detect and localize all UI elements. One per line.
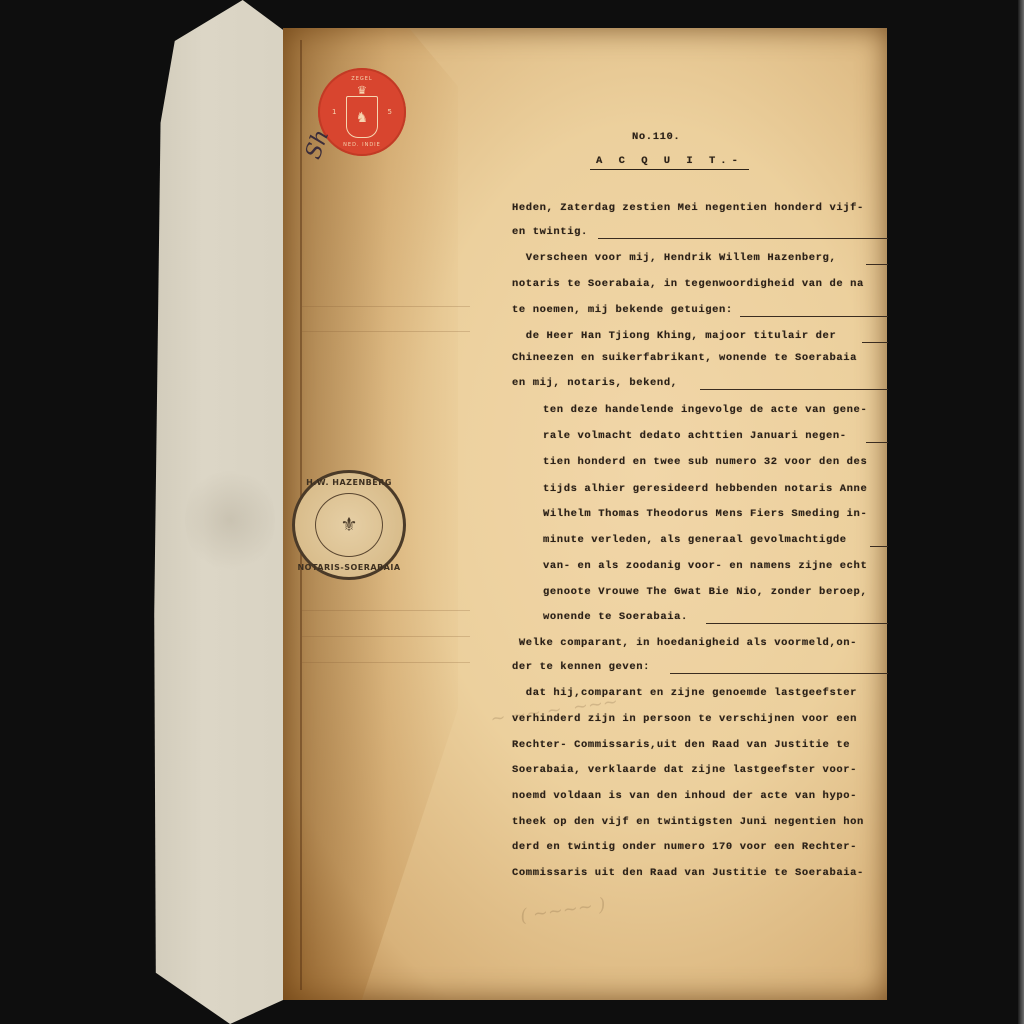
deed-line: derd en twintig onder numero 170 voor ee… bbox=[512, 841, 857, 853]
deed-line: Wilhelm Thomas Theodorus Mens Fiers Smed… bbox=[543, 508, 867, 520]
deed-line: Verscheen voor mij, Hendrik Willem Hazen… bbox=[512, 252, 836, 264]
deed-title: A C Q U I T.- bbox=[590, 155, 749, 170]
ruled-line bbox=[300, 636, 470, 637]
fill-line bbox=[670, 673, 888, 674]
deed-line: Chineezen en suikerfabrikant, wonende te… bbox=[512, 352, 857, 364]
deed-line: wonende te Soerabaia. bbox=[543, 611, 688, 623]
deed-line: noemd voldaan is van den inhoud der acte… bbox=[512, 790, 857, 802]
deed-line: te noemen, mij bekende getuigen: bbox=[512, 304, 733, 316]
document-scan: ZEGEL ♛ 1 ♞ 5 NED. INDIE Sh H.W. HAZENBE… bbox=[0, 0, 1024, 1024]
deed-line: Heden, Zaterdag zestien Mei negentien ho… bbox=[512, 202, 864, 214]
ruled-line bbox=[300, 331, 470, 332]
deed-line: notaris te Soerabaia, in tegenwoordighei… bbox=[512, 278, 864, 290]
stamp-right-number: 5 bbox=[388, 108, 392, 116]
crown-icon: ♛ bbox=[358, 82, 366, 99]
scanner-edge bbox=[1018, 0, 1024, 1024]
lion-crest-icon: ♞ bbox=[346, 96, 378, 138]
deed-line: genoote Vrouwe The Gwat Bie Nio, zonder … bbox=[543, 586, 867, 598]
deed-line: minute verleden, als generaal gevolmacht… bbox=[543, 534, 847, 546]
deed-line: Soerabaia, verklaarde dat zijne lastgeef… bbox=[512, 764, 857, 776]
deed-line: Rechter- Commissaris,uit den Raad van Ju… bbox=[512, 739, 850, 751]
ruled-line bbox=[300, 662, 470, 663]
fill-line bbox=[866, 264, 888, 265]
fill-line bbox=[866, 442, 888, 443]
deed-line: Commissaris uit den Raad van Justitie te… bbox=[512, 867, 864, 879]
deed-line: rale volmacht dedato achttien Januari ne… bbox=[543, 430, 847, 442]
deed-line: verhinderd zijn in persoon te verschijne… bbox=[512, 713, 857, 725]
deed-line: Welke comparant, in hoedanigheid als voo… bbox=[512, 637, 857, 649]
notary-seal: H.W. HAZENBERG ⚜ NOTARIS-SOERABAIA bbox=[292, 470, 406, 580]
seal-bottom-text: NOTARIS-SOERABAIA bbox=[295, 563, 403, 572]
fill-line bbox=[700, 389, 888, 390]
stamp-left-number: 1 bbox=[332, 108, 336, 116]
deed-line: tien honderd en twee sub numero 32 voor … bbox=[543, 456, 867, 468]
coat-of-arms-icon: ⚜ bbox=[315, 493, 383, 557]
seal-top-text: H.W. HAZENBERG bbox=[295, 478, 403, 487]
deed-line: ten deze handelende ingevolge de acte va… bbox=[543, 404, 867, 416]
fill-line bbox=[862, 342, 888, 343]
deed-line: dat hij,comparant en zijne genoemde last… bbox=[512, 687, 857, 699]
deed-line: theek op den vijf en twintigsten Juni ne… bbox=[512, 816, 864, 828]
fill-line bbox=[598, 238, 888, 239]
fill-line bbox=[870, 546, 888, 547]
deed-number: No.110. bbox=[632, 131, 680, 143]
flap-stain bbox=[185, 465, 275, 575]
deed-line: de Heer Han Tjiong Khing, majoor titulai… bbox=[512, 330, 836, 342]
ruled-line bbox=[300, 610, 470, 611]
deed-line: en twintig. bbox=[512, 226, 588, 238]
ruled-line bbox=[300, 306, 470, 307]
deed-line: van- en als zoodanig voor- en namens zij… bbox=[543, 560, 867, 572]
fill-line bbox=[706, 623, 888, 624]
deed-line: der te kennen geven: bbox=[512, 661, 650, 673]
deed-line: tijds alhier geresideerd hebbenden notar… bbox=[543, 483, 867, 495]
fill-line bbox=[740, 316, 888, 317]
deed-line: en mij, notaris, bekend, bbox=[512, 377, 678, 389]
